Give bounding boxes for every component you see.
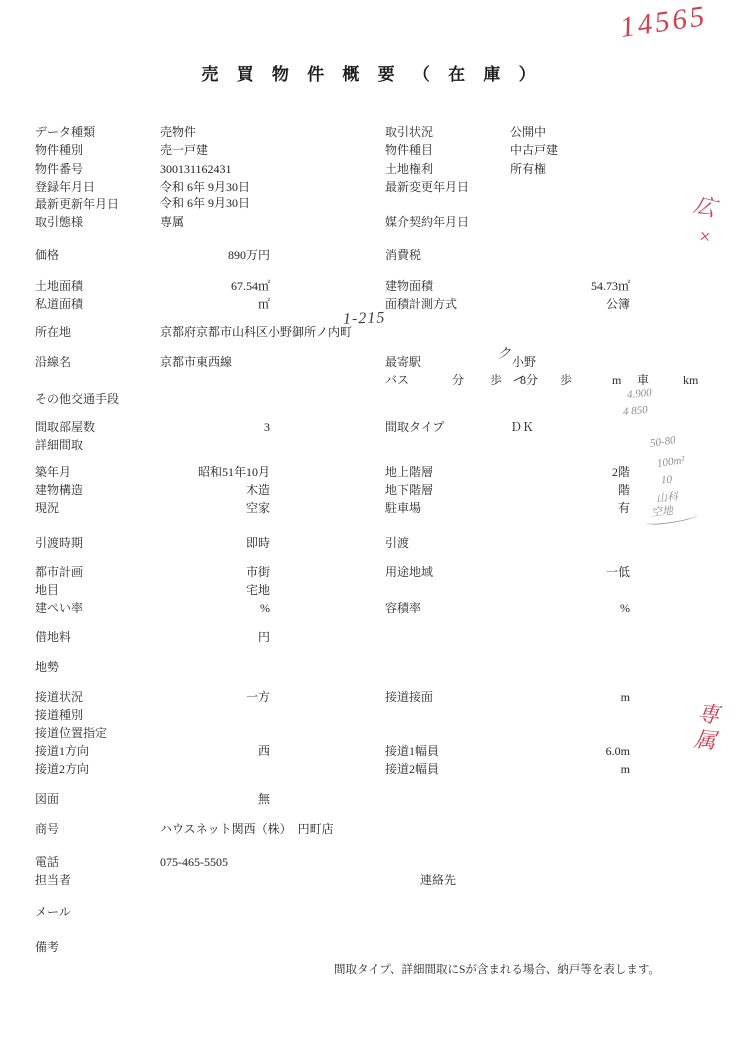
label-road-frontage: 接道接面	[385, 690, 433, 705]
access-seg-car: 車	[637, 373, 649, 388]
label-floors-below: 地下階層	[385, 483, 433, 498]
value-floor-area-ratio: %	[500, 601, 630, 616]
label-floor-area-ratio: 容積率	[385, 601, 421, 616]
access-seg-m: m	[612, 373, 621, 388]
label-road2-direction: 接道2方向	[35, 762, 89, 777]
value-land-rent: 円	[138, 630, 270, 645]
value-drawing: 無	[138, 792, 270, 807]
label-coverage-ratio: 建ぺい率	[35, 601, 83, 616]
value-phone: 075-465-5505	[160, 855, 228, 870]
value-road2-width: m	[500, 762, 630, 777]
value-area-measurement: 公簿	[500, 297, 630, 312]
label-remarks: 備考	[35, 940, 59, 955]
label-current-state: 現況	[35, 501, 59, 516]
label-contact: 連絡先	[420, 873, 456, 888]
handwritten-red-x-mark: ×	[696, 225, 713, 250]
label-other-transport: その他交通手段	[35, 392, 119, 407]
label-floors-above: 地上階層	[385, 465, 433, 480]
label-consumption-tax: 消費税	[385, 248, 421, 263]
value-built-date: 昭和51年10月	[138, 465, 270, 480]
pencil-note-5: 10	[661, 474, 673, 487]
label-zoning: 用途地域	[385, 565, 433, 580]
handwritten-document-number: 14565	[618, 0, 709, 45]
label-road2-width: 接道2幅員	[385, 762, 439, 777]
handwritten-walk-minutes-correction: ク	[497, 343, 511, 363]
value-nearest-station: 小野	[512, 355, 536, 370]
value-company: ハウスネット関西（株） 円町店	[160, 822, 334, 837]
pencil-note-3: 50-80	[649, 434, 676, 449]
label-land-area: 土地面積	[35, 279, 83, 294]
value-current-state: 空家	[138, 501, 270, 516]
page-title: 売 買 物 件 概 要 （ 在 庫 ）	[0, 60, 744, 85]
value-registered-date: 令和 6年 9月30日	[160, 180, 250, 195]
value-structure: 木造	[138, 483, 270, 498]
value-road1-width: 6.0m	[500, 744, 630, 759]
access-seg-min: 分	[452, 373, 464, 388]
label-last-updated-date: 最新更新年月日	[35, 197, 119, 212]
value-last-updated-date: 令和 6年 9月30日	[160, 196, 250, 211]
label-road1-width: 接道1幅員	[385, 744, 439, 759]
handwritten-address-number: 1-215	[343, 309, 386, 328]
value-city-planning: 市街	[138, 565, 270, 580]
value-data-type: 売物件	[160, 125, 196, 140]
value-zoning: 一低	[500, 565, 630, 580]
value-location: 京都府京都市山科区小野御所ノ内町	[160, 325, 352, 340]
label-price: 価格	[35, 248, 59, 263]
label-handover: 引渡	[385, 536, 409, 551]
value-coverage-ratio: %	[138, 601, 270, 616]
label-layout-detail: 詳細間取	[35, 438, 83, 453]
label-topography: 地勢	[35, 660, 59, 675]
label-phone: 電話	[35, 855, 59, 870]
value-property-category: 中古戸建	[510, 143, 558, 158]
value-building-area: 54.73㎡	[500, 279, 630, 294]
label-nearest-station: 最寄駅	[385, 355, 421, 370]
label-built-date: 築年月	[35, 465, 71, 480]
value-handover-timing: 即時	[138, 536, 270, 551]
label-company: 商号	[35, 822, 59, 837]
access-seg-walk2: 歩	[560, 373, 572, 388]
label-private-road-area: 私道面積	[35, 297, 83, 312]
label-building-area: 建物面積	[385, 279, 433, 294]
value-private-road-area: ㎡	[138, 297, 270, 312]
value-parking: 有	[500, 501, 630, 516]
value-property-kind: 売一戸建	[160, 143, 208, 158]
label-transaction-style: 取引態様	[35, 215, 83, 230]
label-parking: 駐車場	[385, 501, 421, 516]
value-floors-below: 階	[500, 483, 630, 498]
label-brokerage-contract-date: 媒介契約年月日	[385, 215, 469, 230]
pencil-note-2: 4 850	[623, 404, 649, 418]
scanned-property-summary-document: 売 買 物 件 概 要 （ 在 庫 ） データ種類 売物件 物件種別 売一戸建 …	[0, 0, 744, 1053]
value-property-number: 300131162431	[160, 162, 232, 177]
label-handover-timing: 引渡時期	[35, 536, 83, 551]
handwritten-red-note-char: 広	[691, 188, 720, 223]
label-layout-type: 間取タイプ	[385, 420, 444, 435]
label-contact-person: 担当者	[35, 873, 71, 888]
label-property-category: 物件種目	[385, 143, 433, 158]
value-road-frontage: m	[500, 690, 630, 705]
value-price: 890万円	[138, 248, 270, 263]
label-rail-line: 沿線名	[35, 355, 71, 370]
label-room-count: 間取部屋数	[35, 420, 95, 435]
label-land-rights: 土地権利	[385, 162, 433, 177]
value-land-area: 67.54㎡	[138, 279, 270, 294]
label-structure: 建物構造	[35, 483, 83, 498]
access-seg-bus: バス	[385, 373, 409, 388]
value-rail-line: 京都市東西線	[160, 355, 232, 370]
label-road-type: 接道種別	[35, 708, 83, 723]
label-road1-direction: 接道1方向	[35, 744, 89, 759]
label-road-position: 接道位置指定	[35, 726, 107, 741]
label-registered-date: 登録年月日	[35, 180, 95, 195]
access-seg-walk1: 歩	[490, 373, 502, 388]
value-transaction-style: 専属	[160, 215, 184, 230]
label-location: 所在地	[35, 325, 71, 340]
value-land-category: 宅地	[138, 583, 270, 598]
footer-note: 間取タイプ、詳細間取にSが含まれる場合、納戸等を表します。	[334, 961, 660, 977]
value-land-rights: 所有権	[510, 162, 546, 177]
label-transaction-status: 取引状況	[385, 125, 433, 140]
value-transaction-status: 公開中	[510, 125, 546, 140]
label-property-kind: 物件種別	[35, 143, 83, 158]
access-seg-km: km	[683, 373, 698, 388]
value-floors-above: 2階	[500, 465, 630, 480]
label-road-contact: 接道状況	[35, 690, 83, 705]
label-last-modified-date: 最新変更年月日	[385, 180, 469, 195]
label-email: メール	[35, 905, 71, 920]
label-land-category: 地目	[35, 583, 59, 598]
label-land-rent: 借地料	[35, 630, 71, 645]
label-drawing: 図面	[35, 792, 59, 807]
handwritten-red-senzoku-note: 専属	[691, 701, 719, 755]
value-layout-type: ＤＫ	[510, 420, 534, 435]
value-room-count: 3	[138, 420, 270, 435]
pencil-note-1: 4.900	[626, 387, 652, 402]
label-area-measurement: 面積計測方式	[385, 297, 457, 312]
label-data-type: データ種類	[35, 125, 95, 140]
label-city-planning: 都市計画	[35, 565, 83, 580]
label-property-number: 物件番号	[35, 162, 83, 177]
value-road1-direction: 西	[138, 744, 270, 759]
pencil-note-4: 100m²	[656, 454, 685, 470]
value-road-contact: 一方	[138, 690, 270, 705]
